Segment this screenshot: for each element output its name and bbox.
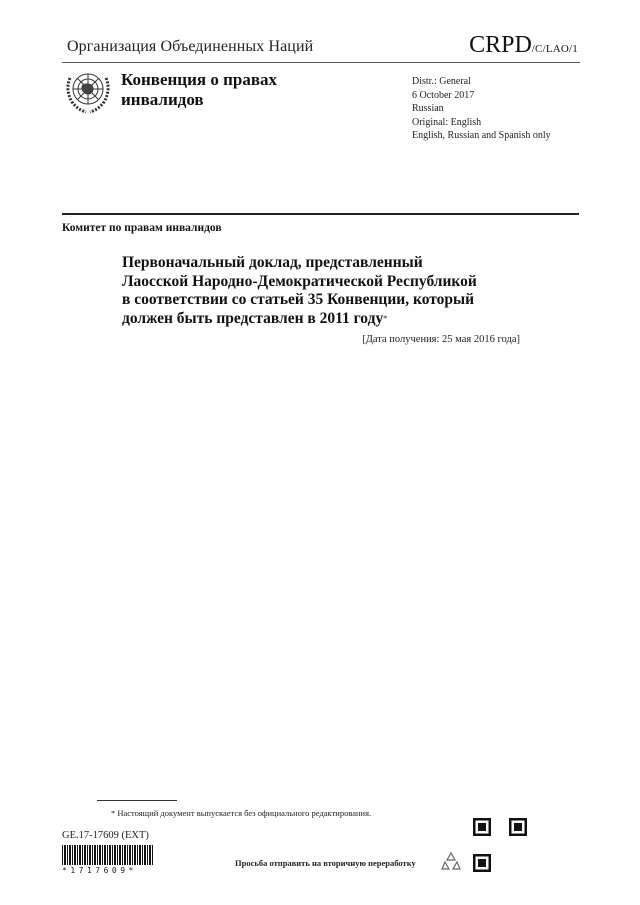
- header-rule: [62, 62, 580, 63]
- original-line: Original: English: [412, 116, 551, 130]
- availability-line: English, Russian and Spanish only: [412, 129, 551, 143]
- treaty-body-title: Конвенция о правах инвалидов: [121, 70, 277, 110]
- barcode-number: *1717609*: [62, 866, 154, 875]
- report-title-line: Первоначальный доклад, представленный: [122, 254, 477, 273]
- footnote-marker[interactable]: *: [383, 314, 387, 323]
- section-rule: [62, 213, 579, 215]
- organization-name: Организация Объединенных Наций: [67, 38, 313, 56]
- footnote-text: * Настоящий документ выпускается без офи…: [111, 808, 371, 818]
- distribution-block: Distr.: General 6 October 2017 Russian O…: [412, 75, 551, 143]
- footnote-rule: [97, 800, 177, 801]
- qr-code-icon: [473, 818, 527, 872]
- barcode-icon: [62, 845, 154, 865]
- date-received: [Дата получения: 25 мая 2016 года]: [362, 334, 520, 345]
- language-line: Russian: [412, 102, 551, 116]
- report-title-line: Лаосской Народно-Демократической Республ…: [122, 273, 477, 292]
- symbol-main: CRPD: [469, 32, 532, 58]
- report-title: Первоначальный доклад, представленный Ла…: [122, 254, 477, 328]
- date-line: 6 October 2017: [412, 89, 551, 103]
- distr-line: Distr.: General: [412, 75, 551, 89]
- treaty-body-title-line: Конвенция о правах: [121, 70, 277, 90]
- symbol-sub: /C/LAO/1: [532, 43, 578, 55]
- un-emblem-icon: [62, 66, 114, 116]
- report-title-line: в соответствии со статьей 35 Конвенции, …: [122, 291, 477, 310]
- recycle-icon: [441, 851, 461, 871]
- report-title-line: должен быть представлен в 2011 году: [122, 310, 383, 327]
- document-code: GE.17-17609 (EXT): [62, 830, 149, 841]
- recycle-text: Просьба отправить на вторичную переработ…: [235, 858, 416, 868]
- committee-name: Комитет по правам инвалидов: [62, 222, 222, 234]
- treaty-body-title-line: инвалидов: [121, 90, 277, 110]
- document-symbol: CRPD/C/LAO/1: [469, 32, 578, 59]
